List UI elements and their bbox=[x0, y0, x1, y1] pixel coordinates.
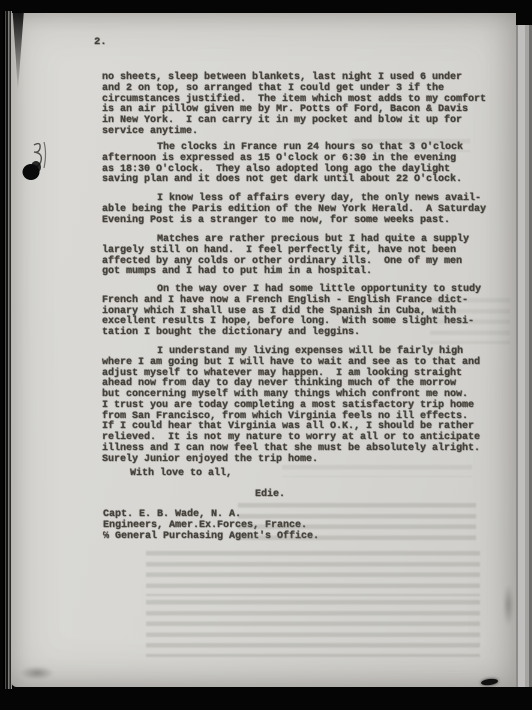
signature-name: Edie. bbox=[255, 490, 285, 501]
paragraph-1: no sheets, sleep between blankets, last … bbox=[102, 73, 486, 138]
scan-smudge bbox=[20, 666, 54, 680]
paragraph-3: I know less of affairs every day, the on… bbox=[102, 194, 486, 226]
page-number: 2. bbox=[94, 37, 107, 48]
paragraph-2: The clocks in France run 24 hours so tha… bbox=[102, 143, 463, 186]
typed-letter-content: 2. no sheets, sleep between blankets, la… bbox=[0, 0, 532, 710]
scanned-document-view: 2. no sheets, sleep between blankets, la… bbox=[0, 0, 532, 710]
paragraph-5: On the way over I had some little opport… bbox=[102, 285, 481, 339]
scan-smudge bbox=[503, 584, 514, 626]
sender-address-block: Capt. E. B. Wade, N. A. Engineers, Amer.… bbox=[103, 510, 319, 542]
closing-line: With love to all, bbox=[130, 469, 232, 480]
paragraph-4: Matches are rather precious but I had qu… bbox=[102, 235, 469, 278]
paragraph-6: I understand my living expenses will be … bbox=[102, 347, 480, 465]
